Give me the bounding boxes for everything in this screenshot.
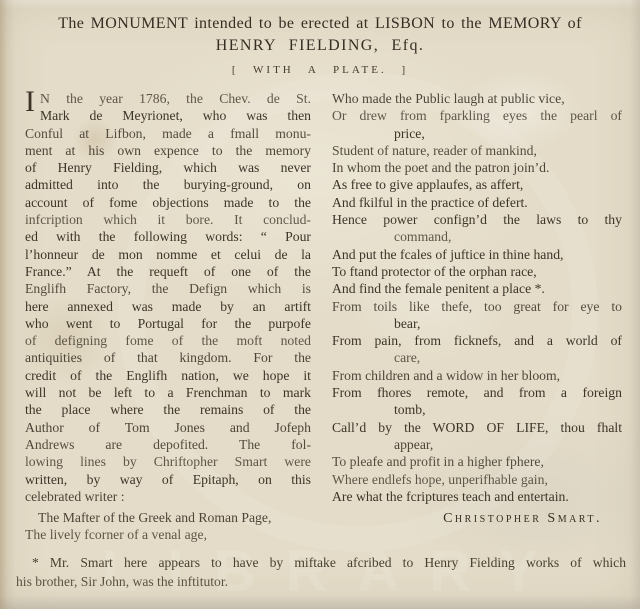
text-line: infcription which it bore. It conclud- bbox=[25, 211, 311, 228]
text-line: ment at his own expence to the memory bbox=[25, 142, 311, 159]
poem-line: price, bbox=[332, 125, 622, 142]
poem-line: Are what the fcriptures teach and entert… bbox=[332, 488, 622, 505]
poem-line: From fhores remote, and from a foreign bbox=[332, 384, 622, 401]
poem-line: command, bbox=[332, 228, 622, 245]
couplet-line: The lively fcorner of a venal age, bbox=[25, 526, 311, 543]
text-line: will not be left to a Frenchman to mark bbox=[25, 384, 311, 401]
text-line: admitted into the burying-ground, on bbox=[25, 176, 311, 193]
text-line: Englifh Factory, the Defign which is bbox=[25, 280, 311, 297]
poem-line: From pain, from ficknefs, and a world of bbox=[332, 332, 622, 349]
text-line: l’honneur de mon nomme et celui de la bbox=[25, 246, 311, 263]
left-column-text: I N the year 1786, the Chev. de St. Mark… bbox=[25, 90, 311, 505]
newspaper-clipping-scan: LIBRARY The MONUMENT intended to be erec… bbox=[0, 0, 640, 609]
text-line: N the year 1786, the Chev. de St. bbox=[25, 90, 311, 107]
poem-line: Who made the Public laugh at public vice… bbox=[332, 90, 622, 107]
poem-line: And fkilful in the practice of defert. bbox=[332, 194, 622, 211]
article-title-line2: HENRY FIELDING, Efq. bbox=[0, 35, 640, 56]
poem-line: To pleafe and profit in a higher fphere, bbox=[332, 453, 622, 470]
poem-line: From toils like thefe, too great for eye… bbox=[332, 298, 622, 315]
text-line: Mark de Meyrionet, who was then bbox=[25, 107, 311, 124]
text-line: the place where the remains of the bbox=[25, 401, 311, 418]
text-line: antiquities of that kingdom. For the bbox=[25, 349, 311, 366]
text-line: here annexed was made by an artift bbox=[25, 298, 311, 315]
text-line: ed with the following words: “ Pour bbox=[25, 228, 311, 245]
poem-line: Call’d by the WORD OF LIFE, thou fhalt bbox=[332, 419, 622, 436]
text-line: Andrews are depofited. The fol- bbox=[25, 436, 311, 453]
text-line: account of fome objections made to the bbox=[25, 194, 311, 211]
poem-line: Student of nature, reader of mankind, bbox=[332, 142, 622, 159]
footnote-line: * Mr. Smart here appears to have by mift… bbox=[16, 554, 626, 573]
couplet-line: The Mafter of the Greek and Roman Page, bbox=[25, 509, 311, 526]
footnote-line: his brother, Sir John, was the inftituto… bbox=[16, 573, 626, 592]
text-line: credit of the Englifh nation, we hope it bbox=[25, 367, 311, 384]
poem-line: tomb, bbox=[332, 401, 622, 418]
poem-line: Where endlefs hope, unperifhable gain, bbox=[332, 471, 622, 488]
poem-line: As free to give applaufes, as affert, bbox=[332, 176, 622, 193]
poem-line: care, bbox=[332, 349, 622, 366]
text-line: celebrated writer : bbox=[25, 488, 311, 505]
poem-line: From children and a widow in her bloom, bbox=[332, 367, 622, 384]
poem-line: In whom the poet and the patron join’d. bbox=[332, 159, 622, 176]
poem-line: Or drew from fparkling eyes the pearl of bbox=[332, 107, 622, 124]
text-line: lowing lines by Chriftopher Smart were bbox=[25, 453, 311, 470]
text-line: Conful at Lifbon, made a fmall monu- bbox=[25, 125, 311, 142]
poem-line: Hence power confign’d the laws to thy bbox=[332, 211, 622, 228]
text-line: of Henry Fielding, which was never bbox=[25, 159, 311, 176]
author-signature: Christopher Smart. bbox=[332, 510, 622, 527]
text-line: written, by way of Epitaph, on this bbox=[25, 471, 311, 488]
text-line: who went to Portugal for the purpofe bbox=[25, 315, 311, 332]
poem-line: And find the female penitent a place *. bbox=[332, 280, 622, 297]
poem-line: And put the fcales of juftice in thine h… bbox=[332, 246, 622, 263]
poem-line: bear, bbox=[332, 315, 622, 332]
text-line: of defigning fome of the moft noted bbox=[25, 332, 311, 349]
footnote: * Mr. Smart here appears to have by mift… bbox=[16, 554, 626, 591]
left-column: I N the year 1786, the Chev. de St. Mark… bbox=[25, 90, 311, 544]
epitaph-couplet: The Mafter of the Greek and Roman Page, … bbox=[25, 509, 311, 544]
right-column: Who made the Public laugh at public vice… bbox=[332, 90, 622, 527]
text-line: Author of Tom Jones and Jofeph bbox=[25, 419, 311, 436]
poem-line: To ftand protector of the orphan race, bbox=[332, 263, 622, 280]
epitaph-poem: Who made the Public laugh at public vice… bbox=[332, 90, 622, 505]
plate-note: [ WITH A PLATE. ] bbox=[0, 64, 640, 76]
article-title-line1: The MONUMENT intended to be erected at L… bbox=[0, 13, 640, 35]
text-line: France.” At the requeft of one of the bbox=[25, 263, 311, 280]
poem-line: appear, bbox=[332, 436, 622, 453]
article-header: The MONUMENT intended to be erected at L… bbox=[0, 13, 640, 76]
